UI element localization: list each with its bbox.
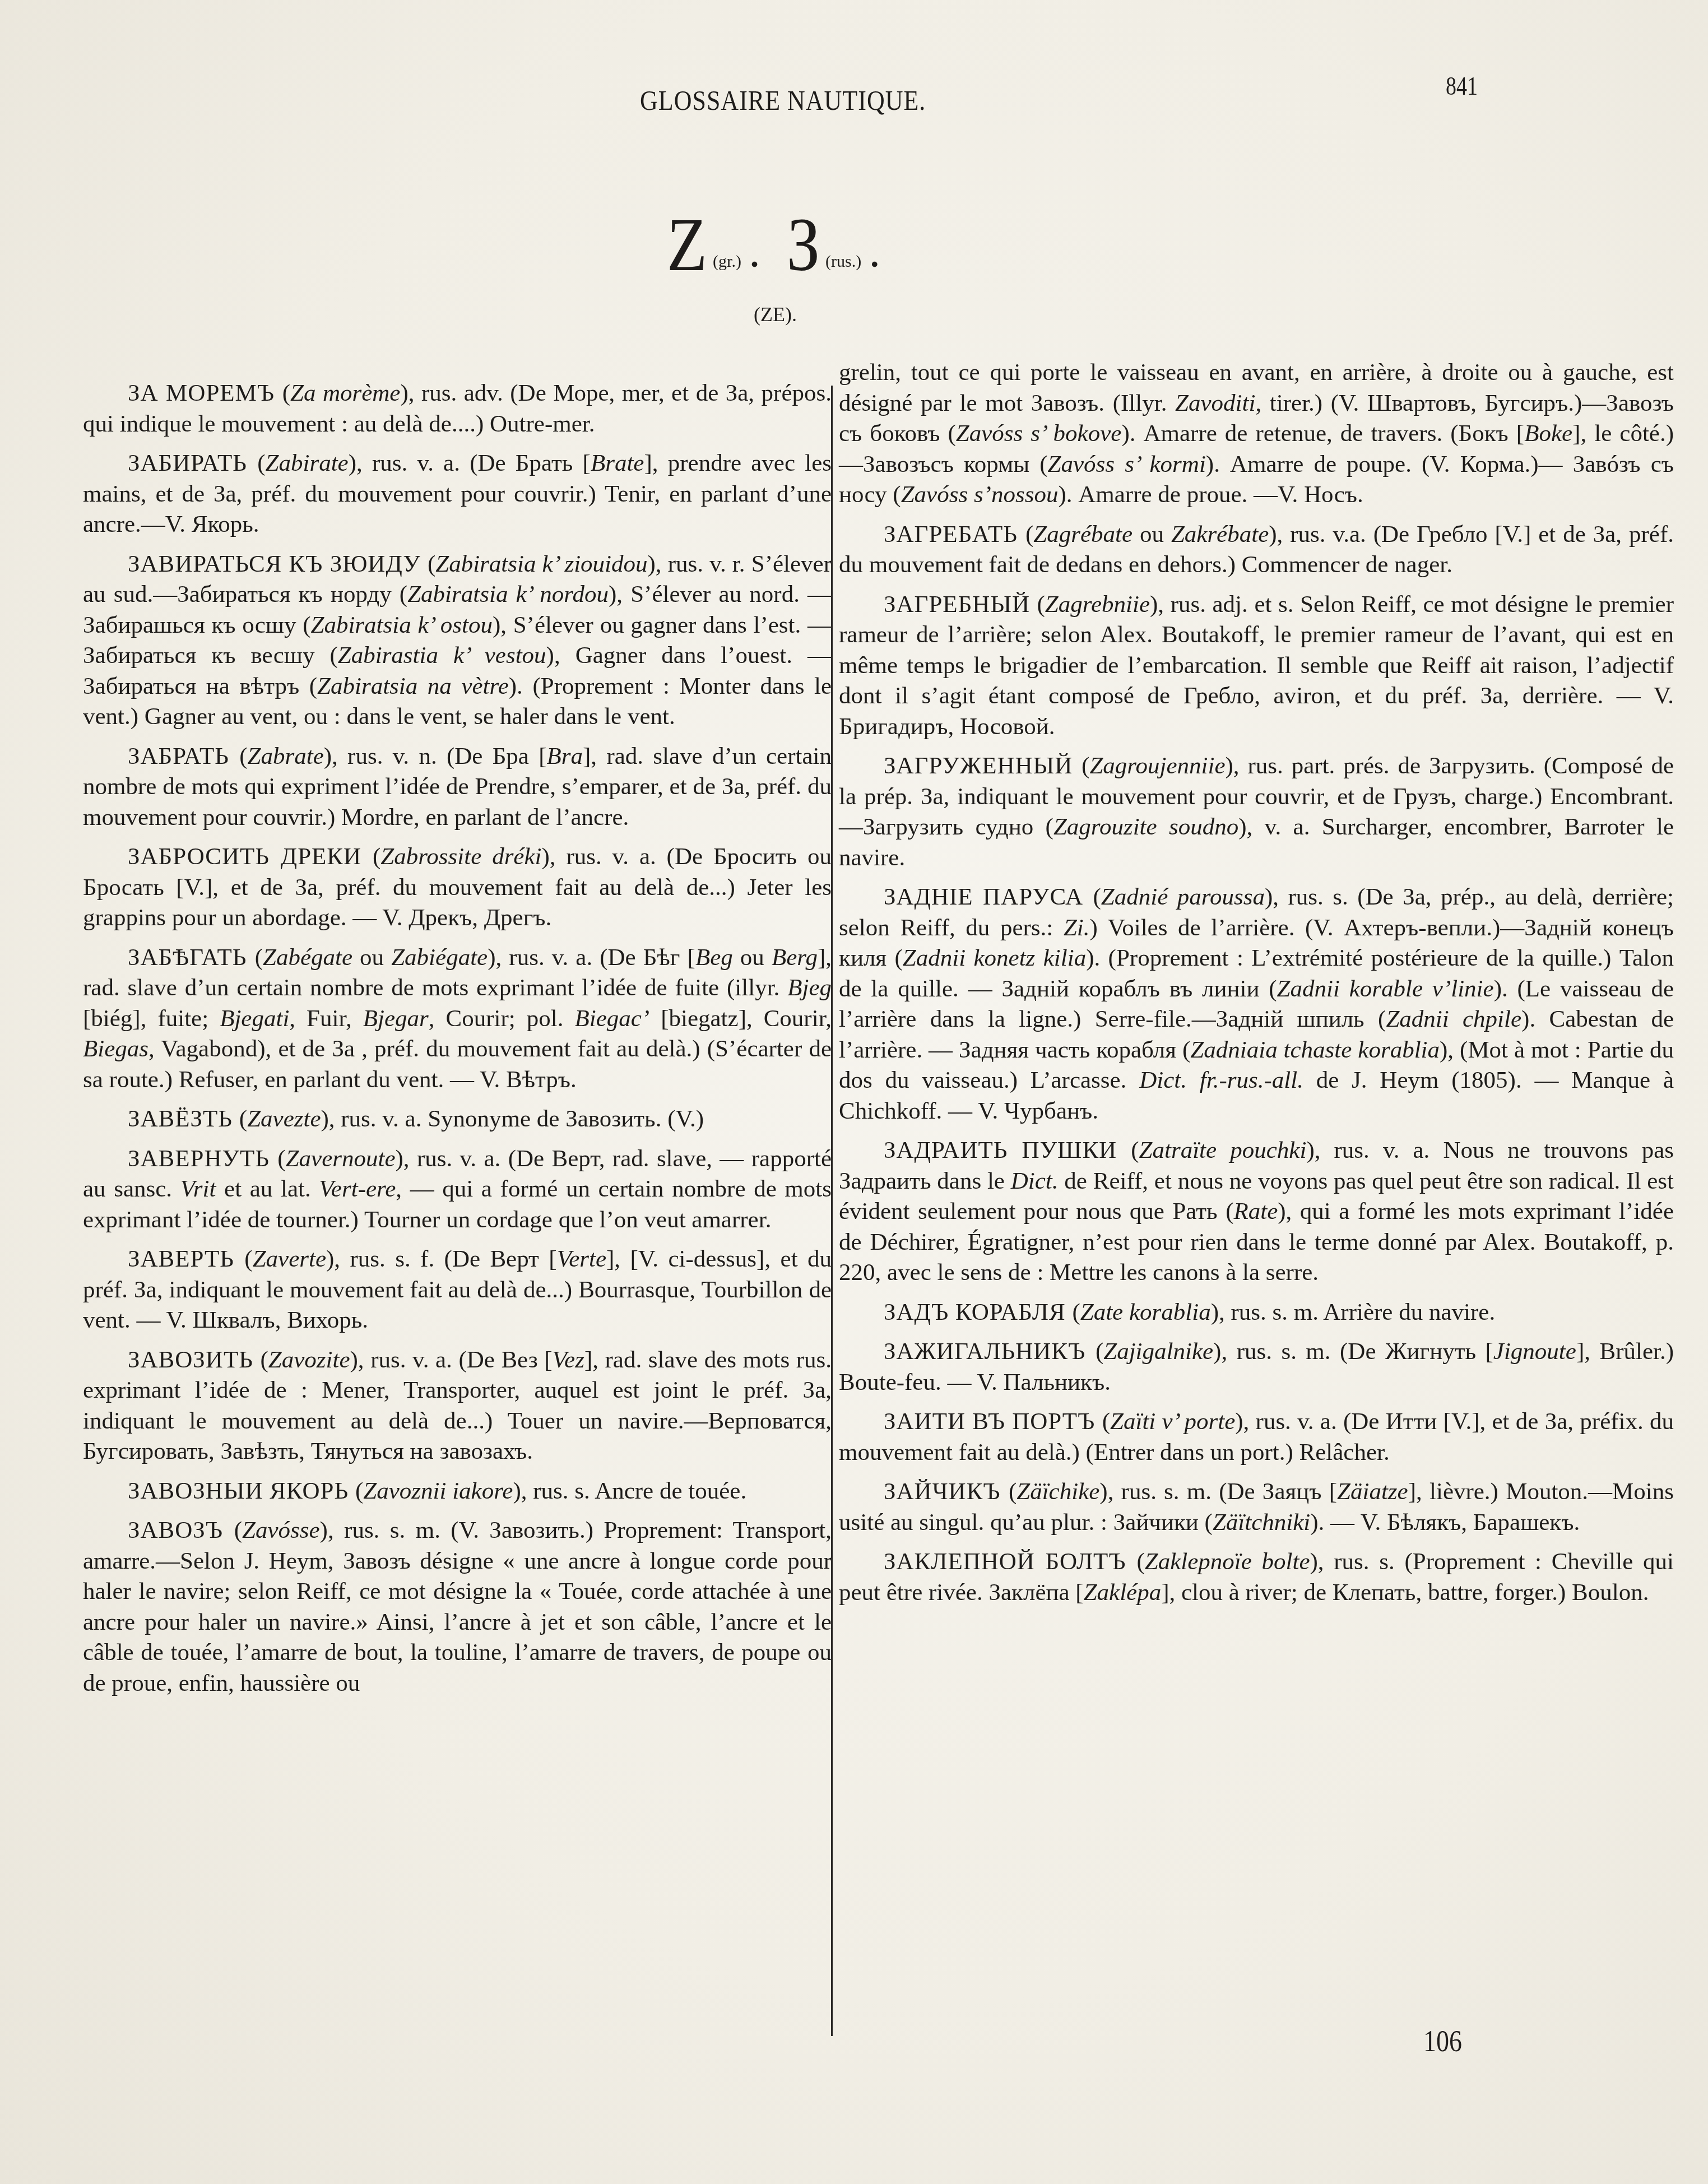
transliteration: Zäïtchniki	[1213, 1509, 1310, 1536]
transliteration: Zate korablia	[1080, 1299, 1211, 1325]
russian-letter: З	[787, 207, 820, 283]
headword: ЗАБѢГАТЬ	[128, 944, 255, 971]
glossary-entry: ЗАКЛЕПНОЙ БОЛТЪ (Zaklepnoïe bolte), rus.…	[839, 1547, 1674, 1608]
greek-note: (gr.)	[713, 252, 741, 271]
definition-text: (	[1037, 591, 1045, 618]
transliteration: Zadnii korable v’linie	[1277, 976, 1494, 1002]
definition-text: (	[234, 1517, 242, 1543]
definition-text: [biég], fuite;	[83, 1005, 220, 1032]
transliteration: Zagrouzite soudno	[1053, 814, 1238, 840]
definition-text: (	[1072, 1299, 1080, 1325]
glossary-entry: ЗАГРЕБНЫЙ (Zagrebniie), rus. adj. et s. …	[839, 590, 1674, 743]
headword: ЗАКЛЕПНОЙ БОЛТЪ	[884, 1548, 1136, 1575]
glossary-entry: ЗАГРЕБАТЬ (Zagrébate ou Zakrébate), rus.…	[839, 520, 1674, 581]
headword: ЗАДНІЕ ПАРУСА	[884, 884, 1093, 910]
transliteration: Zavoditi	[1175, 390, 1255, 416]
headword: ЗАЖИГАЛЬНИКЪ	[884, 1338, 1096, 1365]
transliteration: Vez	[553, 1347, 584, 1373]
definition-text: (	[260, 1347, 268, 1373]
glossary-entry: ЗАДРАИТЬ ПУШКИ (Zatraïte pouchki), rus. …	[839, 1135, 1674, 1288]
glossary-entry: ЗАВОЗИТЬ (Zavozite), rus. v. a. (De Вез …	[83, 1345, 832, 1467]
glossary-entry: ЗАВЕРНУТЬ (Zavernoute), rus. v. a. (De В…	[83, 1144, 832, 1236]
transliteration: Verte	[557, 1246, 606, 1272]
headword: ЗАГРЕБАТЬ	[884, 521, 1025, 548]
headword: ЗАГРЕБНЫЙ	[884, 591, 1037, 618]
transliteration: Zabrossite dréki	[380, 843, 541, 870]
definition-text: (	[239, 743, 247, 769]
russian-note: (rus.)	[825, 252, 861, 271]
definition-text: (	[1082, 753, 1089, 779]
definition-text: ). Amarre de proue. —V. Носъ.	[1058, 481, 1363, 508]
transliteration: Zabrate	[248, 743, 324, 769]
definition-text: (	[1093, 884, 1101, 910]
right-column: grelin, tout ce qui porte le vaisseau en…	[839, 358, 1674, 1617]
transliteration: Zavezte	[247, 1106, 321, 1132]
transliteration: Zadnii konetz kilia	[903, 945, 1086, 971]
letter-pronunciation: (ZE).	[754, 303, 797, 326]
glossary-entry: ЗАБѢГАТЬ (Zabégate ou Zabiégate), rus. v…	[83, 943, 832, 1096]
definition-text: (	[255, 944, 263, 971]
running-title: GLOSSAIRE NAUTIQUE.	[640, 84, 926, 117]
transliteration: Dict.	[1011, 1168, 1059, 1194]
transliteration: Zajigalnike	[1103, 1338, 1213, 1365]
transliteration: Zavóss s’ bokove	[956, 420, 1122, 447]
definition-text: ), rus. s. m. (De Заяцъ [	[1099, 1478, 1337, 1505]
transliteration: Zavozite	[268, 1347, 350, 1373]
glossary-entry: ЗАБИРАТЬ (Zabirate), rus. v. a. (De Брат…	[83, 448, 832, 540]
definition-text: (	[244, 1246, 252, 1272]
definition-text: ), rus. v. a. (De Бѣг [	[488, 944, 695, 971]
glossary-entry: ЗАБРОСИТЬ ДРЕКИ (Zabrossite dréki), rus.…	[83, 842, 832, 934]
definition-text: ). — V. Бѣлякъ, Барашекъ.	[1310, 1509, 1580, 1536]
transliteration: Zagroujenniie	[1089, 753, 1225, 779]
signature-mark: 106	[1423, 2023, 1462, 2059]
transliteration: Brate	[591, 450, 644, 476]
glossary-entry: ЗА МОРЕМЪ (Za morème), rus. adv. (De Мор…	[83, 378, 832, 439]
transliteration: Bjegati	[220, 1005, 289, 1032]
headword: ЗАВЕРТЬ	[128, 1246, 244, 1272]
transliteration: Zavoznii iakore	[363, 1478, 513, 1504]
definition-text: (	[257, 450, 265, 476]
transliteration: Zagrebniie	[1045, 591, 1150, 618]
transliteration: Zabiratsia k’ ostou	[310, 612, 492, 638]
transliteration: Zabirate	[266, 450, 349, 476]
headword: ЗАДЪ КОРАБЛЯ	[884, 1299, 1072, 1325]
definition-text: et au lat.	[216, 1176, 319, 1202]
greek-letter: Z	[667, 207, 707, 283]
headword: ЗАВЕРНУТЬ	[128, 1146, 277, 1172]
transliteration: Zadnii chpile	[1386, 1006, 1521, 1032]
transliteration: Boke	[1524, 420, 1572, 447]
headword: ЗАВИРАТЬСЯ КЪ ЗЮИДУ	[128, 551, 428, 577]
definition-text: (	[1096, 1338, 1103, 1365]
transliteration: Zabégate	[263, 944, 352, 971]
definition-text: (	[1131, 1137, 1139, 1163]
glossary-entry: ЗАГРУЖЕННЫЙ (Zagroujenniie), rus. part. …	[839, 751, 1674, 873]
transliteration: Zäiatze	[1337, 1478, 1408, 1505]
definition-text: ), rus. v. a. (De Вез [	[350, 1347, 553, 1373]
glossary-entry: ЗАВЁЗТЬ (Zavezte), rus. v. a. Synonyme d…	[83, 1104, 832, 1135]
glossary-entry: ЗАЖИГАЛЬНИКЪ (Zajigalnike), rus. s. m. (…	[839, 1337, 1674, 1398]
transliteration: Biegac’	[574, 1005, 649, 1032]
transliteration: Zakrébate	[1171, 521, 1269, 548]
column-divider	[831, 386, 833, 2036]
transliteration: Zavósse	[242, 1517, 320, 1543]
entry-continuation: grelin, tout ce qui porte le vaisseau en…	[839, 358, 1674, 511]
headword: ЗАВОЗИТЬ	[128, 1347, 260, 1373]
definition-text: (	[355, 1478, 363, 1504]
transliteration: Zaverte	[253, 1246, 326, 1272]
definition-text: (	[277, 1146, 285, 1172]
transliteration: Za morème	[290, 380, 400, 406]
headword: ЗАДРАИТЬ ПУШКИ	[884, 1137, 1131, 1163]
transliteration: Vrit	[180, 1176, 216, 1202]
transliteration: Zäïchike	[1017, 1478, 1099, 1505]
transliteration: Beg	[695, 944, 733, 971]
definition-text: ), rus. s. m. Arrière du navire.	[1211, 1299, 1496, 1325]
transliteration: Zavóss s’ kormi	[1048, 451, 1206, 477]
definition-text: [biegatz], Courir,	[649, 1005, 832, 1032]
glossary-entry: ЗАИТИ ВЪ ПОРТЪ (Zaïti v’ porte), rus. v.…	[839, 1407, 1674, 1468]
glossary-entry: ЗАДЪ КОРАБЛЯ (Zate korablia), rus. s. m.…	[839, 1297, 1674, 1328]
definition-text: ), rus. s. f. (De Верт [	[326, 1246, 557, 1272]
glossary-entry: ЗАЙЧИКЪ (Zäïchike), rus. s. m. (De Заяцъ…	[839, 1477, 1674, 1538]
transliteration: Dict. fr.-rus.-all.	[1139, 1067, 1303, 1093]
left-column: ЗА МОРЕМЪ (Za morème), rus. adv. (De Мор…	[83, 378, 832, 1708]
definition-text: (	[373, 843, 380, 870]
definition-text: (	[1136, 1548, 1144, 1575]
transliteration: Jignoute	[1493, 1338, 1576, 1365]
definition-text: , Courir; pol.	[429, 1005, 575, 1032]
headword: ЗА МОРЕМЪ	[128, 380, 282, 406]
scanned-page: GLOSSAIRE NAUTIQUE. 841 Z (gr.) . З (rus…	[0, 0, 1708, 2184]
headword: ЗАВЁЗТЬ	[128, 1106, 239, 1132]
separator-dot: .	[750, 237, 759, 275]
glossary-entry: ЗАВОЗНЫИ ЯКОРЬ (Zavoznii iakore), rus. s…	[83, 1476, 832, 1507]
definition-text: ou	[1133, 521, 1171, 548]
page-number: 841	[1446, 72, 1478, 101]
definition-text: ). Amarre de retenue, de travers. (Бокъ …	[1121, 420, 1524, 447]
definition-text: (	[1009, 1478, 1017, 1505]
definition-text: ou	[352, 944, 391, 971]
headword: ЗАБРАТЬ	[128, 743, 239, 769]
headword: ЗАИТИ ВЪ ПОРТЪ	[884, 1408, 1102, 1435]
transliteration: Zagrébate	[1033, 521, 1133, 548]
transliteration: Zaklépa	[1084, 1579, 1162, 1606]
separator-dot: .	[870, 237, 879, 275]
transliteration: Zatraïte pouchki	[1139, 1137, 1307, 1163]
glossary-entry: ЗАБРАТЬ (Zabrate), rus. v. n. (De Бра [B…	[83, 741, 832, 833]
transliteration: Zabiratsia k’ nordou	[407, 581, 609, 608]
transliteration: Zadnié paroussa	[1101, 884, 1265, 910]
transliteration: Zabiratsia na vètre	[317, 673, 509, 699]
definition-text: (	[239, 1106, 247, 1132]
definition-text: ou	[733, 944, 772, 971]
headword: ЗАВОЗЪ	[128, 1517, 234, 1543]
definition-text: ), rus. s. Ancre de touée.	[513, 1478, 746, 1504]
transliteration: Vert-ere	[319, 1176, 396, 1202]
transliteration: Zavóss s’nossou	[901, 481, 1059, 508]
definition-text: ), rus. s. m. (V. Завозить.) Proprement:…	[83, 1517, 832, 1696]
glossary-entry: ЗАВЕРТЬ (Zaverte), rus. s. f. (De Верт […	[83, 1244, 832, 1336]
glossary-entry: ЗАДНІЕ ПАРУСА (Zadnié paroussa), rus. s.…	[839, 882, 1674, 1126]
definition-text: (	[1102, 1408, 1110, 1435]
definition-text: (	[1025, 521, 1033, 548]
definition-text: ], clou à river; de Клепать, battre, for…	[1161, 1579, 1649, 1606]
transliteration: Zavernoute	[286, 1146, 396, 1172]
transliteration: Biegas	[83, 1036, 148, 1062]
headword: ЗАЙЧИКЪ	[884, 1478, 1009, 1505]
definition-text: (	[282, 380, 290, 406]
headword: ЗАБРОСИТЬ ДРЕКИ	[128, 843, 373, 870]
transliteration: Bjegar	[363, 1005, 429, 1032]
headword: ЗАВОЗНЫИ ЯКОРЬ	[128, 1478, 355, 1504]
transliteration: Berg	[772, 944, 818, 971]
definition-text: ), rus. v. a. (De Брать [	[349, 450, 591, 476]
transliteration: Zaïti v’ porte	[1110, 1408, 1235, 1435]
section-letter-heading: Z (gr.) . З (rus.) .	[667, 212, 901, 278]
definition-text: (	[428, 551, 435, 577]
transliteration: Zabiégate	[391, 944, 488, 971]
transliteration: Zi.	[1064, 915, 1090, 941]
definition-text: , Fuir,	[289, 1005, 363, 1032]
definition-text: ), rus. v. a. Synonyme de Завозить. (V.)	[321, 1106, 704, 1132]
definition-text: ), rus. s. m. (De Жигнуть [	[1213, 1338, 1493, 1365]
transliteration: Rate	[1233, 1198, 1278, 1225]
headword: ЗАБИРАТЬ	[128, 450, 257, 476]
definition-text: ), rus. v. n. (De Бра [	[324, 743, 547, 769]
transliteration: Zaklepnoïe bolte	[1145, 1548, 1310, 1575]
transliteration: Zabiratsia k’ ziouidou	[435, 551, 647, 577]
glossary-entry: ЗАВИРАТЬСЯ КЪ ЗЮИДУ (Zabiratsia k’ zioui…	[83, 549, 832, 732]
transliteration: Zadniaia tchaste korablia	[1190, 1037, 1440, 1063]
glossary-entry: ЗАВОЗЪ (Zavósse), rus. s. m. (V. Завозит…	[83, 1515, 832, 1699]
transliteration: Zabirastia k’ vestou	[338, 642, 546, 669]
headword: ЗАГРУЖЕННЫЙ	[884, 753, 1082, 779]
definition-text: , Vagabond), et de За , préf. du mouveme…	[83, 1036, 832, 1093]
transliteration: Bra	[547, 743, 583, 769]
transliteration: Bjeg	[787, 975, 832, 1001]
